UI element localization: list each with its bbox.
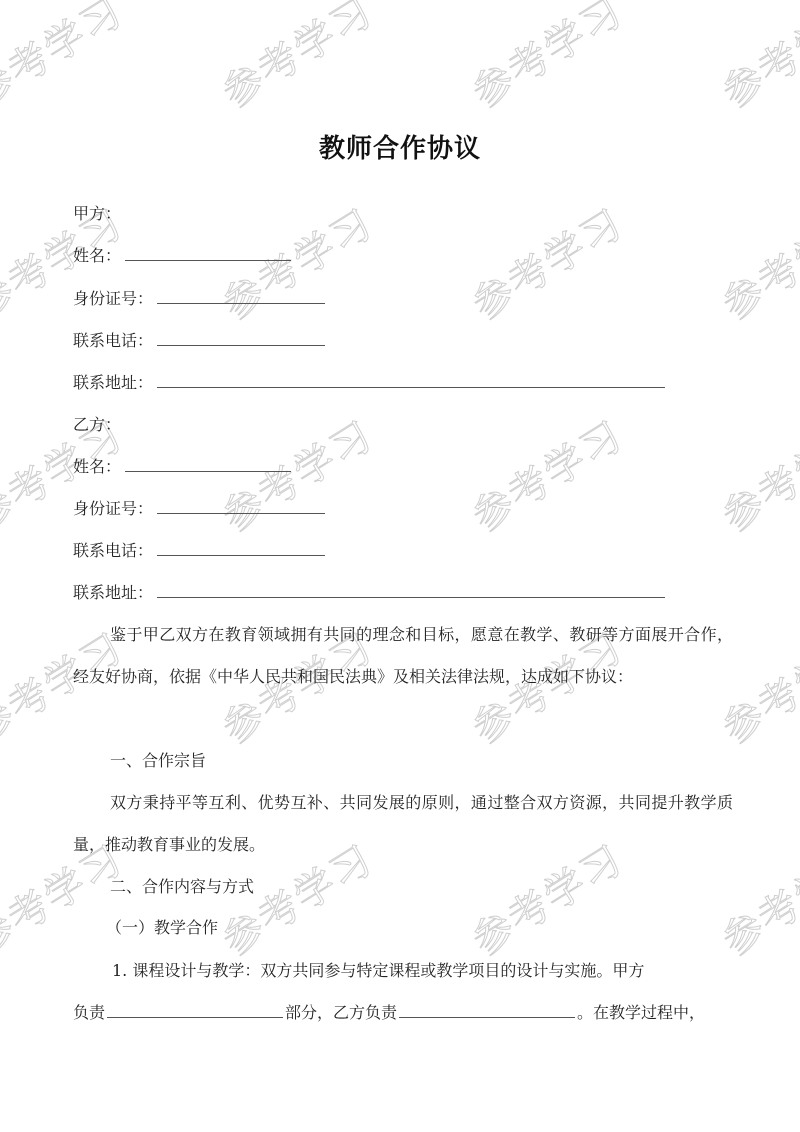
item-1-suffix: 。在教学过程中， [577, 1003, 705, 1022]
document-title: 教师合作协议 [0, 128, 800, 165]
party-a-name-field[interactable] [125, 246, 291, 261]
party-b-address-field[interactable] [157, 583, 665, 598]
party-a-name-label: 姓名： [73, 246, 121, 265]
party-a-id-row: 身份证号： [73, 289, 325, 309]
subsection-teaching-heading: （一）教学合作 [106, 918, 218, 938]
preamble-paragraph: 鉴于甲乙双方在教育领域拥有共同的理念和目标，愿意在教学、教研等方面展开合作，经友… [73, 614, 733, 698]
item-1-prefix: 负责 [73, 1003, 105, 1022]
party-b-phone-row: 联系电话： [73, 541, 325, 561]
party-b-name-label: 姓名： [73, 457, 121, 476]
party-b-name-field[interactable] [125, 457, 291, 472]
item-1-line-2: 负责部分，乙方负责。在教学过程中， [73, 1003, 705, 1023]
party-a-name-row: 姓名： [73, 246, 291, 266]
party-b-phone-label: 联系电话： [73, 541, 153, 560]
party-a-id-label: 身份证号： [73, 289, 153, 308]
party-b-heading: 乙方： [73, 415, 121, 435]
item-1-mid: 部分，乙方负责 [285, 1003, 397, 1022]
party-b-id-row: 身份证号： [73, 499, 325, 519]
item-1-line-1: 1. 课程设计与教学：双方共同参与特定课程或教学项目的设计与实施。甲方 [112, 961, 644, 981]
document-page: 教师合作协议 甲方： 姓名： 身份证号： 联系电话： 联系地址： 乙方： 姓名：… [0, 0, 800, 1132]
party-b-id-field[interactable] [157, 499, 325, 514]
party-b-name-row: 姓名： [73, 457, 291, 477]
party-b-address-label: 联系地址： [73, 583, 153, 602]
party-a-phone-row: 联系电话： [73, 331, 325, 351]
party-b-responsibility-field[interactable] [399, 1003, 575, 1018]
party-b-id-label: 身份证号： [73, 499, 153, 518]
section-1-heading: 一、合作宗旨 [110, 751, 206, 771]
party-a-id-field[interactable] [157, 289, 325, 304]
party-a-phone-label: 联系电话： [73, 331, 153, 350]
party-b-phone-field[interactable] [157, 541, 325, 556]
party-a-phone-field[interactable] [157, 331, 325, 346]
party-a-address-row: 联系地址： [73, 373, 665, 393]
party-a-heading: 甲方： [73, 204, 121, 224]
party-b-address-row: 联系地址： [73, 583, 665, 603]
section-2-heading: 二、合作内容与方式 [110, 877, 254, 897]
party-a-address-field[interactable] [157, 373, 665, 388]
party-a-responsibility-field[interactable] [107, 1003, 283, 1018]
party-a-address-label: 联系地址： [73, 373, 153, 392]
section-1-body: 双方秉持平等互利、优势互补、共同发展的原则，通过整合双方资源，共同提升教学质量，… [73, 782, 733, 866]
